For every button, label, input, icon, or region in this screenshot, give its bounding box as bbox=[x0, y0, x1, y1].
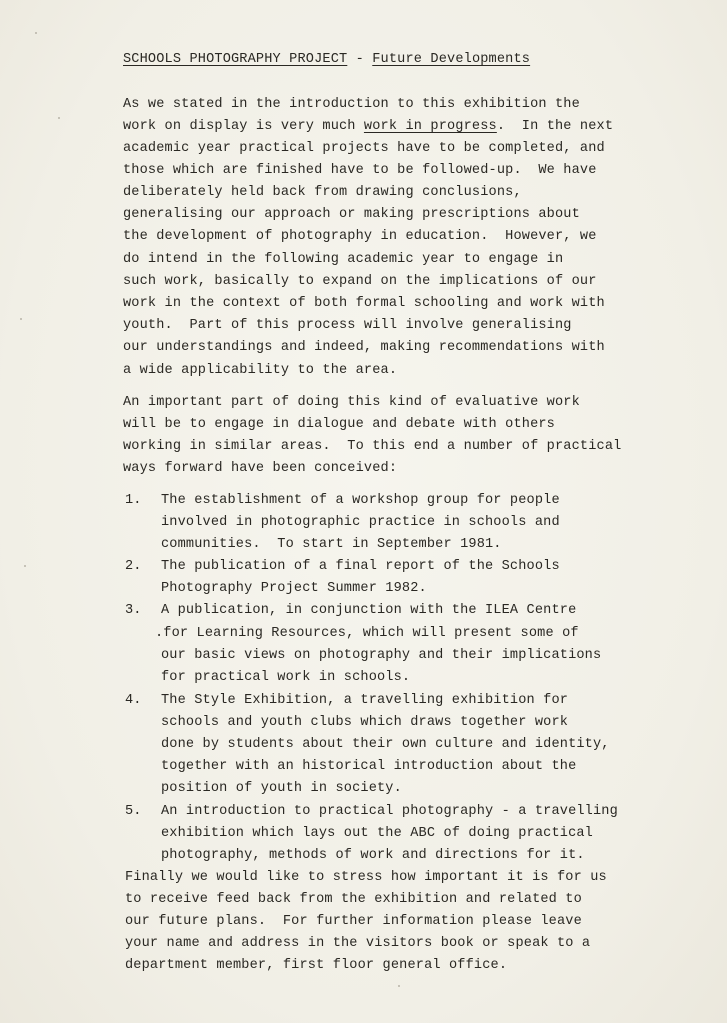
list-number: 5. bbox=[125, 804, 142, 820]
text-line: such work, basically to expand on the im… bbox=[123, 274, 597, 290]
text-line: will be to engage in dialogue and debate… bbox=[123, 417, 555, 433]
title-sub: Future Developments bbox=[372, 52, 530, 67]
paper-speck bbox=[58, 117, 60, 119]
text-line: together with an historical introduction… bbox=[161, 759, 576, 775]
text-line: deliberately held back from drawing conc… bbox=[123, 185, 522, 201]
text-line: the development of photography in educat… bbox=[123, 229, 597, 245]
paper-speck bbox=[20, 318, 22, 320]
text-line: involved in photographic practice in sch… bbox=[161, 515, 560, 531]
text-line: An important part of doing this kind of … bbox=[123, 395, 580, 411]
text-line: photography, methods of work and directi… bbox=[161, 848, 585, 864]
text-line: our basic views on photography and their… bbox=[161, 648, 601, 664]
text-line: done by students about their own culture… bbox=[161, 737, 610, 753]
text-line: A publication, in conjunction with the I… bbox=[161, 603, 576, 619]
list-number: 4. bbox=[125, 693, 142, 709]
text-line: The publication of a final report of the… bbox=[161, 559, 560, 575]
list-number: 2. bbox=[125, 559, 142, 575]
paper-speck bbox=[24, 565, 26, 567]
text-line: work in the context of both formal schoo… bbox=[123, 296, 605, 312]
text-line: for practical work in schools. bbox=[161, 670, 410, 686]
text-line: As we stated in the introduction to this… bbox=[123, 97, 580, 113]
list-number: 3. bbox=[125, 603, 142, 619]
text-fragment: . In the next bbox=[497, 119, 613, 134]
text-line: our future plans. For further informatio… bbox=[125, 914, 582, 930]
text-line: those which are finished have to be foll… bbox=[123, 163, 597, 179]
text-line: communities. To start in September 1981. bbox=[161, 537, 502, 553]
paper-speck bbox=[398, 985, 400, 987]
title-separator: - bbox=[347, 52, 372, 67]
list-number: 1. bbox=[125, 493, 142, 509]
text-line: Photography Project Summer 1982. bbox=[161, 581, 427, 597]
text-line: your name and address in the visitors bo… bbox=[125, 936, 590, 952]
text-line: academic year practical projects have to… bbox=[123, 141, 605, 157]
text-line: department member, first floor general o… bbox=[125, 958, 507, 974]
text-line: working in similar areas. To this end a … bbox=[123, 439, 621, 455]
text-line: a wide applicability to the area. bbox=[123, 363, 397, 379]
title-main: SCHOOLS PHOTOGRAPHY PROJECT bbox=[123, 52, 347, 67]
text-fragment: work on display is very much bbox=[123, 119, 364, 134]
text-line: The Style Exhibition, a travelling exhib… bbox=[161, 693, 568, 709]
emphasis-work-in-progress: work in progress bbox=[364, 119, 497, 134]
text-line: .for Learning Resources, which will pres… bbox=[155, 626, 579, 642]
text-line: Finally we would like to stress how impo… bbox=[125, 870, 607, 886]
typewritten-page: SCHOOLS PHOTOGRAPHY PROJECT - Future Dev… bbox=[0, 0, 727, 1023]
page-title: SCHOOLS PHOTOGRAPHY PROJECT - Future Dev… bbox=[123, 52, 530, 68]
text-line: do intend in the following academic year… bbox=[123, 252, 563, 268]
text-line: our understandings and indeed, making re… bbox=[123, 340, 605, 356]
text-line: ways forward have been conceived: bbox=[123, 461, 397, 477]
text-line: An introduction to practical photography… bbox=[161, 804, 618, 820]
text-line: work on display is very much work in pro… bbox=[123, 119, 613, 135]
text-line: youth. Part of this process will involve… bbox=[123, 318, 572, 334]
text-line: exhibition which lays out the ABC of doi… bbox=[161, 826, 593, 842]
text-line: schools and youth clubs which draws toge… bbox=[161, 715, 568, 731]
paper-speck bbox=[35, 32, 37, 34]
text-line: to receive feed back from the exhibition… bbox=[125, 892, 582, 908]
text-line: The establishment of a workshop group fo… bbox=[161, 493, 560, 509]
text-line: position of youth in society. bbox=[161, 781, 402, 797]
text-line: generalising our approach or making pres… bbox=[123, 207, 580, 223]
